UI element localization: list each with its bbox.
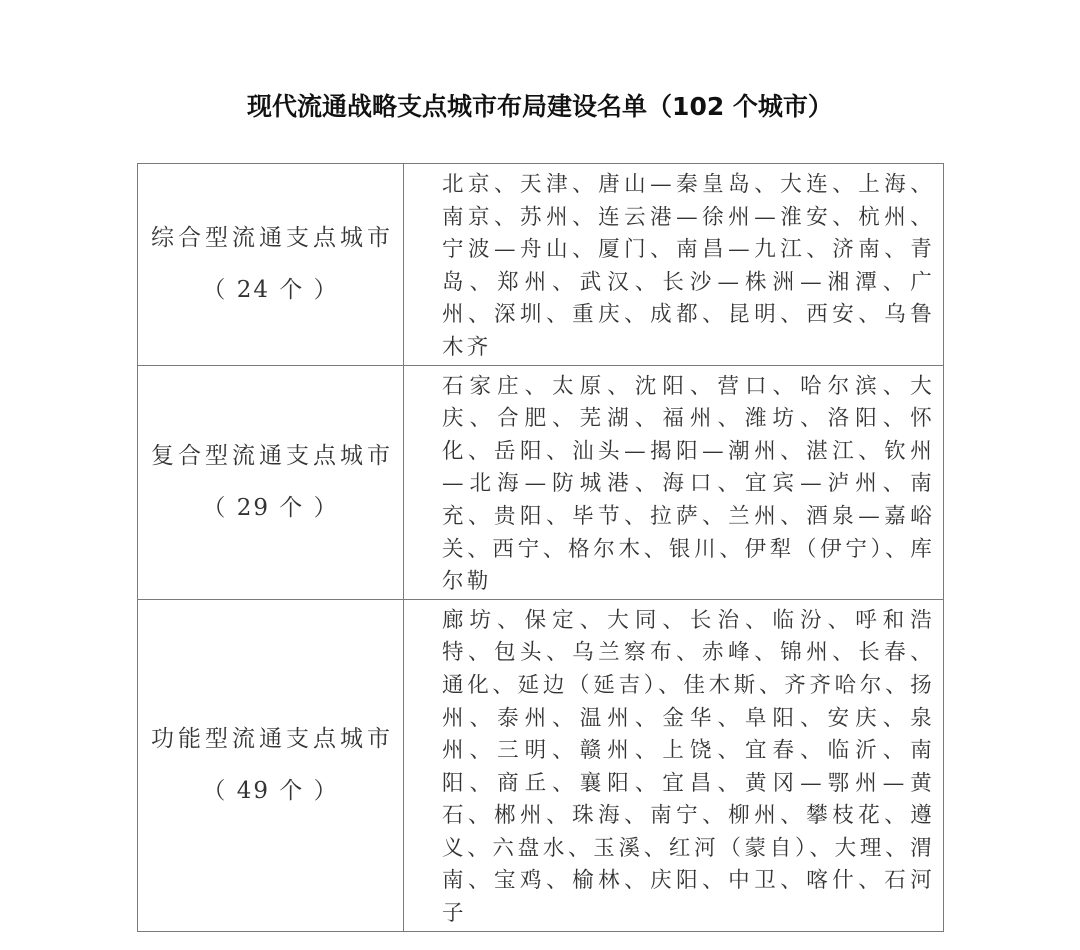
cities-cell: 廊坊、保定、大同、长治、临汾、呼和浩特、包头、乌兰察布、赤峰、锦州、长春、通化、… bbox=[404, 599, 944, 931]
city-list-table: 综合型流通支点城市 （ 24 个 ） 北京、天津、唐山—秦皇岛、大连、上海、南京… bbox=[137, 163, 944, 932]
table-row-composite: 复合型流通支点城市 （ 29 个 ） 石家庄、太原、沈阳、营口、哈尔滨、大庆、合… bbox=[138, 365, 944, 599]
category-name: 综合型流通支点城市 bbox=[142, 222, 403, 254]
category-name: 复合型流通支点城市 bbox=[142, 440, 403, 472]
category-cell: 复合型流通支点城市 （ 29 个 ） bbox=[138, 365, 404, 599]
cities-list: 石家庄、太原、沈阳、营口、哈尔滨、大庆、合肥、芜湖、福州、潍坊、洛阳、怀化、岳阳… bbox=[442, 371, 935, 599]
cities-cell: 石家庄、太原、沈阳、营口、哈尔滨、大庆、合肥、芜湖、福州、潍坊、洛阳、怀化、岳阳… bbox=[404, 365, 944, 599]
category-cell: 功能型流通支点城市 （ 49 个 ） bbox=[138, 599, 404, 931]
cities-cell: 北京、天津、唐山—秦皇岛、大连、上海、南京、苏州、连云港—徐州—淮安、杭州、宁波… bbox=[404, 164, 944, 366]
table-row-functional: 功能型流通支点城市 （ 49 个 ） 廊坊、保定、大同、长治、临汾、呼和浩特、包… bbox=[138, 599, 944, 931]
cities-list: 廊坊、保定、大同、长治、临汾、呼和浩特、包头、乌兰察布、赤峰、锦州、长春、通化、… bbox=[442, 605, 935, 931]
category-count: （ 49 个 ） bbox=[138, 775, 403, 807]
category-count: （ 24 个 ） bbox=[138, 274, 403, 306]
category-name: 功能型流通支点城市 bbox=[142, 723, 403, 755]
table-row-comprehensive: 综合型流通支点城市 （ 24 个 ） 北京、天津、唐山—秦皇岛、大连、上海、南京… bbox=[138, 164, 944, 366]
cities-list: 北京、天津、唐山—秦皇岛、大连、上海、南京、苏州、连云港—徐州—淮安、杭州、宁波… bbox=[442, 169, 935, 365]
category-cell: 综合型流通支点城市 （ 24 个 ） bbox=[138, 164, 404, 366]
document-title: 现代流通战略支点城市布局建设名单（102 个城市） bbox=[0, 89, 1080, 125]
category-count: （ 29 个 ） bbox=[138, 492, 403, 524]
